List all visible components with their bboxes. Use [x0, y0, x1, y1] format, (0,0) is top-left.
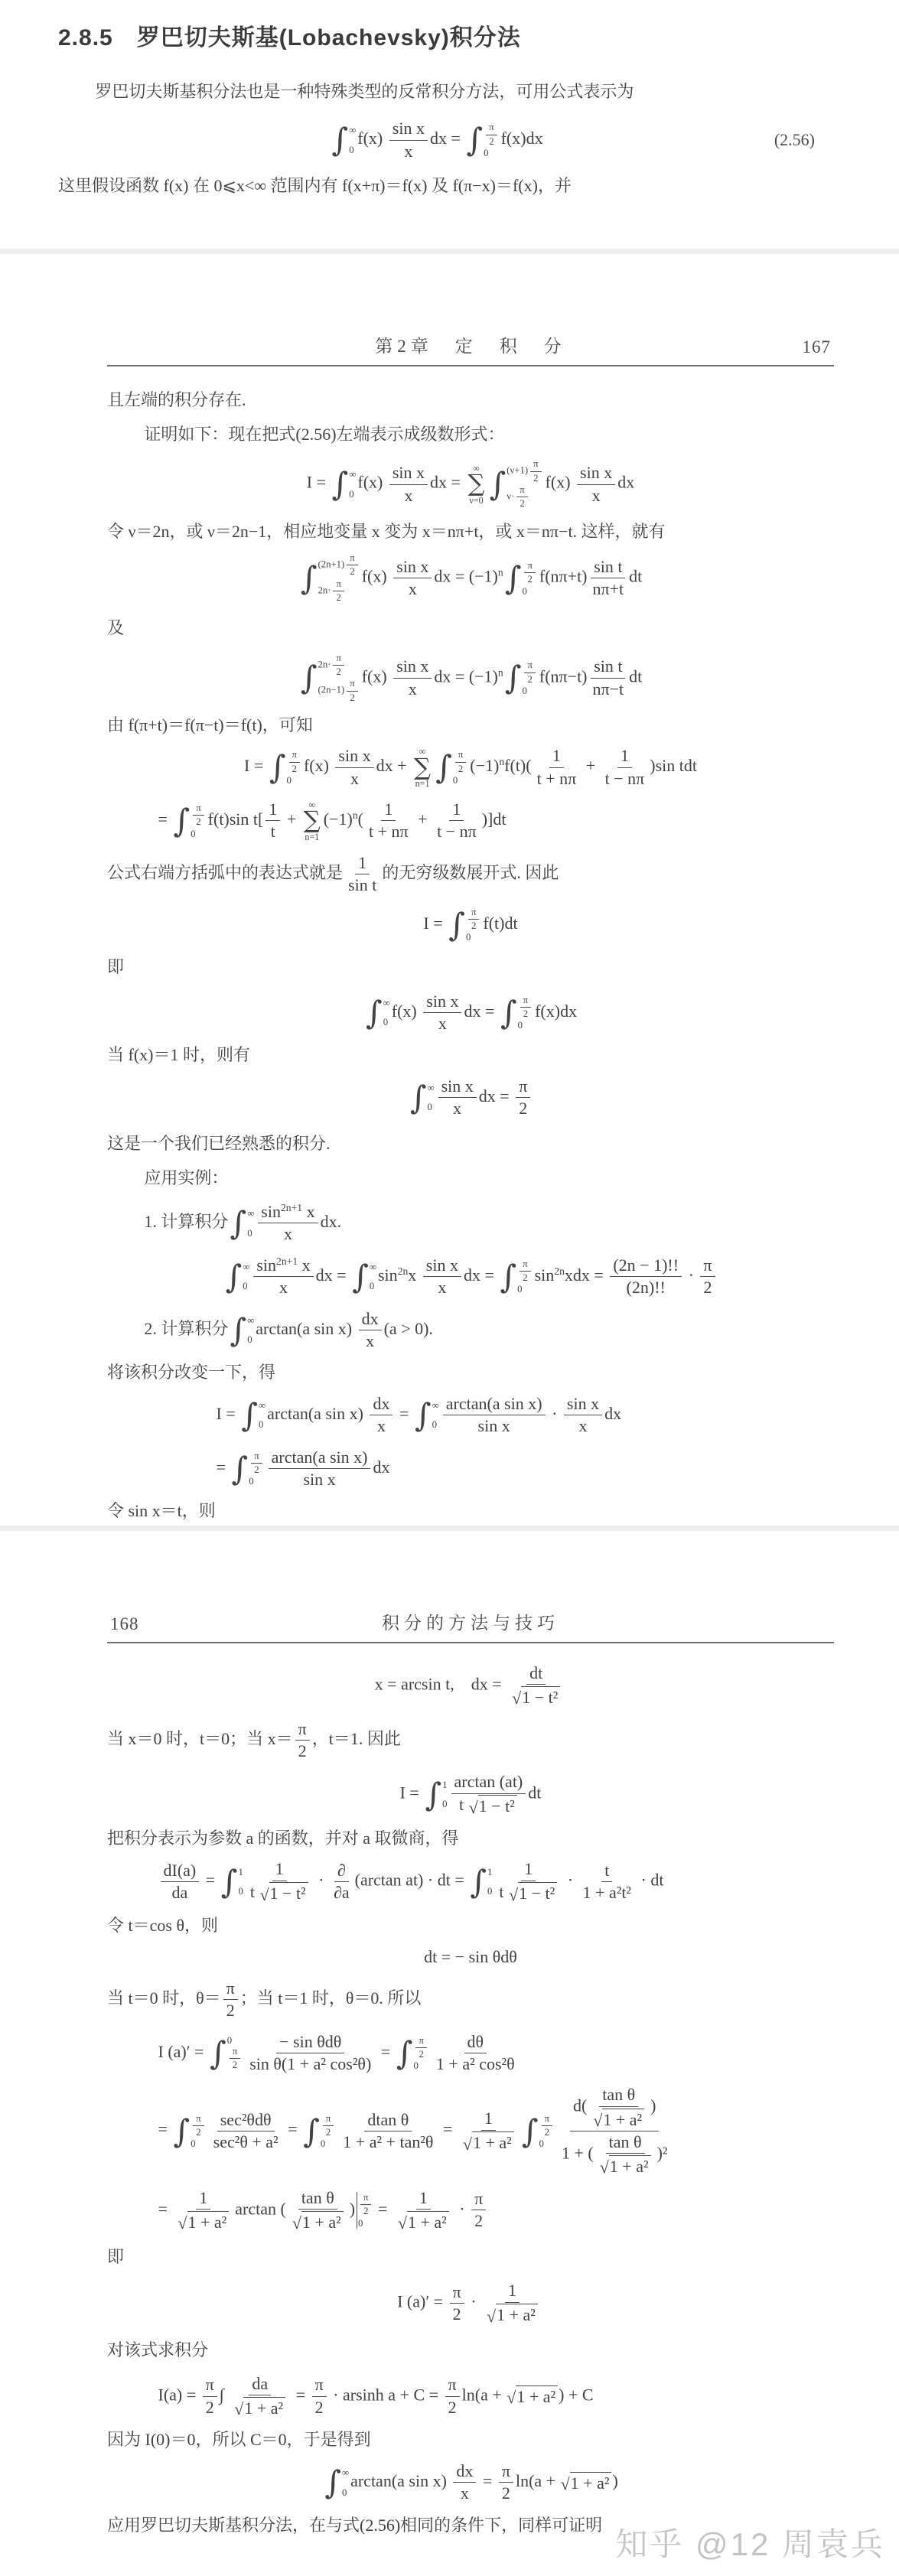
fraction: π2: [295, 1719, 310, 1762]
fraction: − sin θdθsin θ(1 + a² cos²θ): [246, 2032, 374, 2075]
fraction: 1√1 + a²: [394, 2188, 453, 2233]
fraction: π2: [542, 2113, 552, 2139]
text-line: 罗巴切夫斯基积分法也是一种特殊类型的反常积分方法，可用公式表示为: [58, 78, 815, 105]
superscript: n: [353, 809, 358, 821]
integral: ∫∞0: [366, 998, 390, 1028]
integral: ∫π20: [505, 560, 538, 597]
fraction: π2: [524, 659, 535, 686]
formula-line: dI(a)da = ∫101t √1 − t² · ∂∂a(arctan at)…: [107, 1859, 834, 1904]
integral: ∫∞0: [331, 125, 356, 155]
formula-line: 当 f(x)＝1 时，则有: [107, 1044, 834, 1066]
sqrt: √1 − t²: [512, 1686, 560, 1708]
intro-blocks: 罗巴切夫斯基积分法也是一种特殊类型的反常积分方法，可用公式表示为∫∞0f(x) …: [58, 78, 815, 196]
superscript: n: [498, 567, 503, 578]
integral: ∫π20: [500, 995, 533, 1031]
integral: ∫∞0: [241, 1400, 265, 1431]
fraction: d(tan θ√1 + a²)1 + (tan θ√1 + a²)²: [559, 2085, 671, 2177]
integral: ∫π20: [505, 659, 538, 696]
integral: ∫π20: [173, 2113, 206, 2150]
fraction: sin xx: [393, 656, 432, 699]
superscript: 2n+1: [281, 1202, 302, 1213]
fraction: tan θ√1 + a²: [596, 2132, 655, 2177]
fraction: sin xx: [389, 119, 428, 161]
page-167-content: 且左端的积分存在.证明如下：现在把式(2.56)左端表示成级数形式：I = ∫∞…: [107, 386, 834, 1522]
formula-line: 由 f(π+t)＝f(π−t)＝f(t)，可知: [107, 715, 834, 736]
fraction: 1√1 + a²: [174, 2188, 233, 2233]
text-line: 证明如下：现在把式(2.56)左端表示成级数形式：: [107, 421, 834, 448]
fraction: sin xx: [577, 463, 615, 506]
fraction: π2: [415, 2035, 426, 2061]
text-line: 这是一个我们已经熟悉的积分.: [107, 1130, 834, 1157]
integral: ∫∞0: [352, 1262, 376, 1292]
integral: ∫π20: [448, 907, 481, 943]
integral: ∫π20: [466, 122, 499, 158]
fraction: tan θ√1 + a²: [589, 2085, 648, 2130]
formula-line: ∫∞0f(x) sin xxdx = ∫π20f(x)dx: [107, 992, 834, 1034]
fraction: π2: [468, 907, 479, 933]
formula-line: I (a)′ = π2 · 1√1 + a²: [107, 2281, 834, 2326]
sqrt: √1 + a²: [561, 2472, 612, 2493]
integral: ∫(2n+1)π22n·π2: [301, 552, 360, 604]
fraction: sin xx: [393, 557, 432, 600]
integral: ∫∞0: [415, 1400, 439, 1431]
fraction: π2: [193, 803, 204, 829]
sqrt: √1 + a²: [507, 2385, 558, 2407]
formula-line: x = arcsin t, dx = dt√1 − t²: [107, 1663, 834, 1708]
text-line: 应用实例：: [107, 1164, 834, 1191]
integral: ∫10: [425, 1780, 447, 1810]
superscript: 2n+1: [276, 1255, 298, 1267]
formula-line: 令 ν＝2n，或 ν＝2n−1，相应地变量 x 变为 x＝nπ+t，或 x＝nπ…: [107, 521, 834, 542]
integral: ∫π20: [303, 2113, 336, 2150]
fraction: π2: [347, 678, 357, 704]
fraction: ∂∂a: [331, 1861, 353, 1904]
fraction: π2: [445, 2375, 460, 2418]
formula-line: = ∫π20sec²θdθsec²θ + a² = ∫π20dtan θ1 + …: [107, 2085, 834, 2177]
integral: ∫0π2: [210, 2035, 243, 2072]
page-168: 168 积分的方法与技巧 x = arcsin t, dx = dt√1 − t…: [0, 1531, 899, 2576]
text-line: 且左端的积分存在.: [107, 386, 834, 413]
integral: ∫∞0: [332, 469, 357, 500]
fraction: π2: [289, 749, 300, 775]
fraction: tan θ√1 + a²: [288, 2188, 347, 2233]
integral: ∫∞0: [410, 1083, 435, 1113]
fraction: dt√1 − t²: [508, 1663, 564, 1708]
evaluation-bar: π20: [357, 2192, 373, 2229]
fraction: 1t: [265, 800, 280, 842]
formula-line: ∫(2n+1)π22n·π2f(x) sin xxdx = (−1)n∫π20f…: [107, 552, 834, 604]
page-167: 第2章 定 积 分 167 且左端的积分存在.证明如下：现在把式(2.56)左端…: [0, 254, 899, 1526]
zhihu-watermark: 知乎 @12 周袁兵: [615, 2519, 885, 2565]
formula-line: ∫∞0sin xxdx = π2: [107, 1076, 834, 1119]
fraction: 1t √1 − t²: [496, 1859, 561, 1904]
fraction: π2: [455, 749, 466, 775]
formula-line: 公式右端方括弧中的表达式就是1sin t的无穷级数展开式. 因此: [107, 853, 834, 896]
equation-number: (2.56): [760, 129, 815, 151]
integral: ∫π20: [269, 749, 302, 786]
superscript: 2n: [398, 1265, 409, 1276]
fraction: π2: [203, 2375, 217, 2418]
integral: ∫∞0: [230, 1208, 254, 1239]
intro-section: 2.8.5 罗巴切夫斯基(Lobachevsky)积分法 罗巴切夫斯基积分法也是…: [0, 0, 899, 249]
sqrt: √1 + a²: [600, 2155, 651, 2177]
fraction: sin xx: [423, 1255, 461, 1298]
fraction: π2: [499, 2461, 513, 2504]
integral: ∫(ν+1)π2ν·π2: [490, 458, 544, 510]
formula-line: ∫∞0sin2n+1 xxdx = ∫∞0sin2nx sin xxdx = ∫…: [107, 1255, 834, 1298]
fraction: sin2n+1 xx: [258, 1202, 318, 1245]
integral: ∫2n·π2(2n−1)π2: [301, 653, 360, 704]
fraction: π2: [471, 2189, 486, 2232]
formula-line: = ∫π20arctan(a sin x)sin xdx: [107, 1448, 834, 1490]
formula-line: ∫∞0arctan(a sin x) dxx = π2ln(a + √1 + a…: [107, 2461, 834, 2504]
integral: ∫∞0: [324, 2467, 349, 2498]
fraction: sec²θdθsec²θ + a²: [210, 2110, 282, 2153]
page-divider: [0, 249, 899, 254]
sqrt: √1 + a²: [234, 2397, 285, 2418]
text-line: 即: [107, 2243, 834, 2270]
integral: ∫π20: [396, 2035, 429, 2072]
sqrt: √1 + a²: [292, 2211, 344, 2232]
summation: ∞∑ν=0: [467, 464, 484, 505]
fraction: sin xx: [564, 1394, 602, 1437]
sqrt: √1 + a²: [398, 2211, 449, 2232]
fraction: sin xx: [423, 992, 461, 1034]
fraction: π2: [516, 484, 527, 510]
sqrt: √1 + a²: [487, 2304, 538, 2325]
fraction: 1t + nπ: [534, 746, 580, 789]
integral: ∫π20: [231, 1451, 264, 1487]
fraction: π2: [323, 2113, 334, 2139]
superscript: n: [498, 666, 503, 678]
fraction: π2: [450, 2282, 464, 2325]
formula-line: I = ∫∞0arctan(a sin x) dxx = ∫∞0arctan(a…: [107, 1394, 834, 1437]
formula-line: dt = − sin θdθ: [107, 1946, 834, 1968]
fraction: π2: [251, 1451, 262, 1477]
formula-line: I = ∫∞0f(x) sin xxdx = ∞∑ν=0∫(ν+1)π2ν·π2…: [107, 458, 834, 510]
formula-line: = 1√1 + a²arctan (tan θ√1 + a²)π20 = 1√1…: [107, 2188, 834, 2233]
text-line: 及: [107, 614, 834, 641]
fraction: sin2n+1 xx: [253, 1255, 313, 1298]
integral: ∫π20: [500, 1259, 533, 1295]
fraction: sin xx: [438, 1076, 477, 1119]
formula-line: 将该积分改变一下，得: [107, 1362, 834, 1383]
superscript: 2n: [554, 1265, 565, 1276]
fraction: 1t − nπ: [434, 800, 480, 842]
page-number: 168: [110, 1614, 382, 1634]
fraction: 1√1 + a²: [483, 2281, 542, 2326]
integral: ∫π20: [435, 749, 468, 786]
fraction: sin xx: [389, 463, 428, 506]
formula-line: 2. 计算积分∫∞0arctan(a sin x) dxx(a > 0).: [107, 1309, 834, 1352]
fraction: dxx: [359, 1309, 382, 1352]
summation: ∞∑n=1: [304, 800, 321, 842]
fraction: π2: [700, 1255, 715, 1298]
fraction: sin xx: [335, 746, 373, 789]
fraction: arctan(a sin x)sin x: [269, 1448, 371, 1490]
formula-line: 把积分表示为参数 a 的函数，并对 a 取微商，得: [107, 1828, 834, 1849]
book-title: 积分的方法与技巧: [382, 1609, 559, 1634]
fraction: π2: [230, 2046, 240, 2072]
superscript: n: [499, 756, 504, 767]
sqrt: √1 − t²: [259, 1882, 308, 1904]
formula-line: 当 x＝0 时，t＝0；当 x＝π2，t＝1. 因此: [107, 1719, 834, 1762]
fraction: 1t + nπ: [366, 800, 412, 842]
formula-line: 因为 I(0)＝0，所以 C＝0，于是得到: [107, 2429, 834, 2451]
formula-line: I (a)′ = ∫0π2− sin θdθsin θ(1 + a² cos²θ…: [107, 2032, 834, 2075]
section-heading: 2.8.5 罗巴切夫斯基(Lobachevsky)积分法: [58, 18, 815, 52]
text-line: 即: [107, 953, 834, 980]
integral: ∫∞0: [225, 1262, 249, 1292]
fraction: dθ1 + a² cos²θ: [433, 2032, 518, 2075]
page-168-content: x = arcsin t, dx = dt√1 − t²当 x＝0 时，t＝0；…: [107, 1663, 834, 2535]
fraction: dI(a)da: [161, 1861, 200, 1904]
fraction: π2: [516, 1076, 530, 1119]
sqrt: √1 − t²: [469, 1795, 517, 1816]
formula-line: I = ∫10arctan (at)t √1 − t²dt: [107, 1772, 834, 1817]
formula-line: I = ∫π20f(x) sin xxdx + ∞∑n=1∫π20(−1)nf(…: [107, 746, 834, 789]
fraction: π2: [347, 552, 357, 578]
formula-line: 当 t＝0 时，θ＝π2；当 t＝1 时，θ＝0. 所以: [107, 1978, 834, 2021]
sqrt: √1 − t²: [509, 1882, 557, 1904]
fraction: da√1 + a²: [230, 2374, 289, 2419]
fraction: arctan (at)t √1 − t²: [451, 1772, 526, 1817]
formula-line: 令 sin x＝t，则: [107, 1500, 834, 1522]
page-divider: [0, 1526, 899, 1531]
fraction: π2: [530, 458, 541, 484]
page-168-header: 168 积分的方法与技巧: [107, 1531, 834, 1643]
chapter-title: 第2章 定 积 分: [375, 332, 566, 357]
integral: ∫π20: [173, 803, 206, 839]
sqrt: √1 + a²: [178, 2211, 229, 2232]
integral: ∫∞0: [230, 1315, 254, 1346]
fraction: π2: [520, 1259, 530, 1285]
fraction: dtan θ1 + a² + tan²θ: [340, 2110, 436, 2153]
formula-line: I = ∫π20f(t)dt: [107, 907, 834, 943]
fraction: dxx: [370, 1394, 392, 1437]
fraction: (2n − 1)!!(2n)!!: [610, 1255, 682, 1298]
sqrt: √1 + a²: [593, 2109, 644, 2130]
formula-line: 令 t＝cos θ，则: [107, 1915, 834, 1936]
fraction: 1sin t: [345, 853, 379, 896]
formula-line: ∫2n·π2(2n−1)π2f(x) sin xxdx = (−1)n∫π20f…: [107, 653, 834, 704]
integral: ∫π20: [522, 2113, 555, 2150]
formula-line: ∫∞0f(x) sin xxdx = ∫π20f(x)dx(2.56): [58, 119, 815, 161]
summation: ∞∑n=1: [414, 747, 431, 788]
fraction: 1√1 + a²: [459, 2109, 518, 2154]
formula-line: 这里假设函数 f(x) 在 0⩽x<∞ 范围内有 f(x+π)＝f(x) 及 f…: [58, 175, 815, 197]
fraction: π2: [360, 2192, 371, 2218]
fraction: π2: [524, 560, 535, 586]
fraction: dxx: [453, 2461, 476, 2504]
fraction: arctan(a sin x)sin x: [443, 1394, 546, 1437]
fraction: 1t √1 − t²: [247, 1859, 312, 1904]
fraction: sin tnπ+t: [590, 557, 627, 600]
fraction: π2: [312, 2375, 327, 2418]
integral: ∫10: [470, 1867, 492, 1897]
fraction: π2: [486, 122, 497, 148]
sqrt: √1 + a²: [463, 2131, 514, 2153]
fraction: π2: [193, 2113, 204, 2139]
fraction: π2: [520, 995, 531, 1021]
fraction: π2: [333, 653, 344, 679]
fraction: 1t − nπ: [602, 746, 648, 789]
page-167-header: 第2章 定 积 分 167: [107, 254, 834, 366]
formula-line: = ∫π20f(t)sin t[1t + ∞∑n=1(−1)n(1t + nπ …: [107, 800, 834, 842]
formula-line: 1. 计算积分∫∞0sin2n+1 xxdx.: [107, 1202, 834, 1245]
fraction: t1 + a²t²: [580, 1861, 634, 1904]
text-line: 对该式求积分: [107, 2337, 834, 2363]
formula-line: I(a) = π2∫ da√1 + a² = π2 · arsinh a + C…: [107, 2374, 834, 2419]
integral: ∫10: [221, 1867, 243, 1897]
page-number: 167: [566, 337, 831, 357]
fraction: sin tnπ−t: [590, 656, 627, 699]
equation-body: ∫∞0f(x) sin xxdx = ∫π20f(x)dx: [113, 119, 760, 161]
fraction: π2: [333, 578, 344, 604]
fraction: π2: [223, 1978, 238, 2021]
